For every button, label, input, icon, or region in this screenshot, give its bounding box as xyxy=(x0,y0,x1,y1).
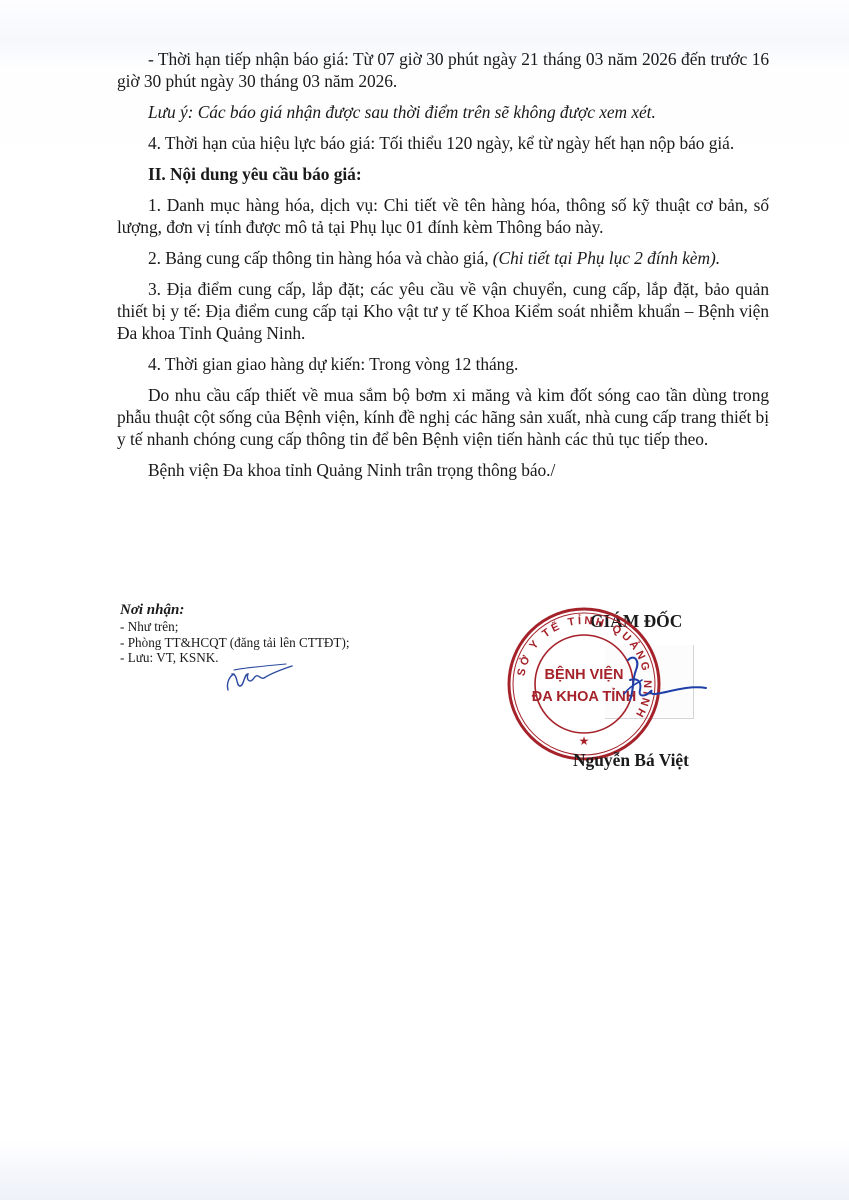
recipients-title: Nơi nhận: xyxy=(120,601,450,619)
item-2-italic-note: (Chi tiết tại Phụ lục 2 đính kèm). xyxy=(493,248,720,268)
recipient-item: - Như trên; xyxy=(120,619,450,635)
document-body: - Thời hạn tiếp nhận báo giá: Từ 07 giờ … xyxy=(117,48,769,490)
paragraph-item-3: 3. Địa điểm cung cấp, lắp đặt; các yêu c… xyxy=(117,278,769,344)
paragraph-item-2: 2. Bảng cung cấp thông tin hàng hóa và c… xyxy=(117,247,769,269)
section-heading-request-content: II. Nội dung yêu cầu báo giá: xyxy=(117,163,769,185)
item-2-text: 2. Bảng cung cấp thông tin hàng hóa và c… xyxy=(148,248,493,268)
paragraph-closing: Bệnh viện Đa khoa tỉnh Quảng Ninh trân t… xyxy=(117,459,769,481)
paragraph-note: Lưu ý: Các báo giá nhận được sau thời đi… xyxy=(117,101,769,123)
initials-mark-icon xyxy=(224,662,294,694)
paragraph-item-1: 1. Danh mục hàng hóa, dịch vụ: Chi tiết … xyxy=(117,194,769,238)
recipients-block: Nơi nhận: - Như trên; - Phòng TT&HCQT (đ… xyxy=(120,601,450,666)
signer-name: Nguyễn Bá Việt xyxy=(573,749,689,771)
svg-text:★: ★ xyxy=(579,734,590,748)
paragraph-validity: 4. Thời hạn của hiệu lực báo giá: Tối th… xyxy=(117,132,769,154)
recipient-item: - Phòng TT&HCQT (đăng tải lên CTTĐT); xyxy=(120,635,450,651)
stamp-line-1: BỆNH VIỆN xyxy=(545,665,624,683)
paragraph-item-4: 4. Thời gian giao hàng dự kiến: Trong vò… xyxy=(117,353,769,375)
paragraph-receipt-deadline: - Thời hạn tiếp nhận báo giá: Từ 07 giờ … xyxy=(117,48,769,92)
handwritten-signature-icon xyxy=(620,650,710,710)
paragraph-request: Do nhu cầu cấp thiết về mua sắm bộ bơm x… xyxy=(117,384,769,450)
